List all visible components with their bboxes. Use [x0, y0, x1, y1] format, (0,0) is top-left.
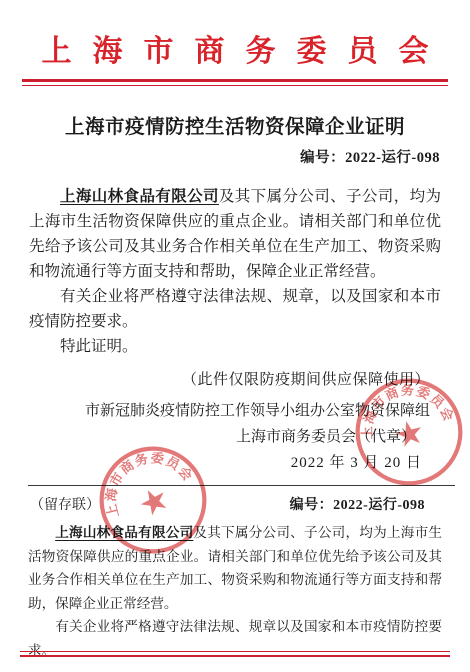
certificate-body: 上海山林食品有限公司及其下属分公司、子公司，均为上海市生活物资保障供应的重点企业… — [29, 184, 441, 359]
agency-name: 上海市商务委员会 — [0, 0, 470, 70]
certificate-doc-number: 编号：2022-运行-098 — [0, 146, 470, 167]
company-name: 上海山林食品有限公司 — [60, 188, 219, 205]
issuer-line-1: 市新冠肺炎疫情防控工作领导小组办公室物资保障组 — [0, 398, 430, 424]
retention-doc-number: 编号：2022-运行-098 — [290, 494, 425, 514]
retention-paragraph-1: 上海山林食品有限公司及其下属分公司、子公司，均为上海市生活物资保障供应的重点企业… — [28, 521, 442, 615]
bottom-divider — [20, 651, 450, 657]
paragraph-2: 有关企业将严格遵守法律法规、规章，以及国家和本市疫情防控要求。 — [29, 284, 441, 334]
retention-header: （留存联） 编号：2022-运行-098 — [30, 494, 425, 514]
issuer-block: 市新冠肺炎疫情防控工作领导小组办公室物资保障组 上海市商务委员会（代章） 202… — [0, 398, 430, 476]
issuer-line-2: 上海市商务委员会（代章） — [0, 424, 430, 450]
retention-body: 上海山林食品有限公司及其下属分公司、子公司，均为上海市生活物资保障供应的重点企业… — [28, 521, 442, 662]
retention-company-name: 上海山林食品有限公司 — [55, 525, 193, 540]
issue-date: 2022 年 3 月 20 日 — [0, 450, 430, 476]
certificate-title: 上海市疫情防控生活物资保障企业证明 — [0, 111, 470, 139]
usage-note: （此件仅限防疫期间供应保障使用） — [0, 368, 430, 389]
retention-label: （留存联） — [30, 494, 100, 514]
document-page: 上海市商务委员会 上海市疫情防控生活物资保障企业证明 编号：2022-运行-09… — [0, 0, 470, 672]
paragraph-3: 特此证明。 — [29, 334, 441, 359]
paragraph-1: 上海山林食品有限公司及其下属分公司、子公司，均为上海市生活物资保障供应的重点企业… — [29, 184, 441, 284]
letterhead-divider — [22, 79, 448, 86]
retention-separator — [28, 485, 455, 486]
